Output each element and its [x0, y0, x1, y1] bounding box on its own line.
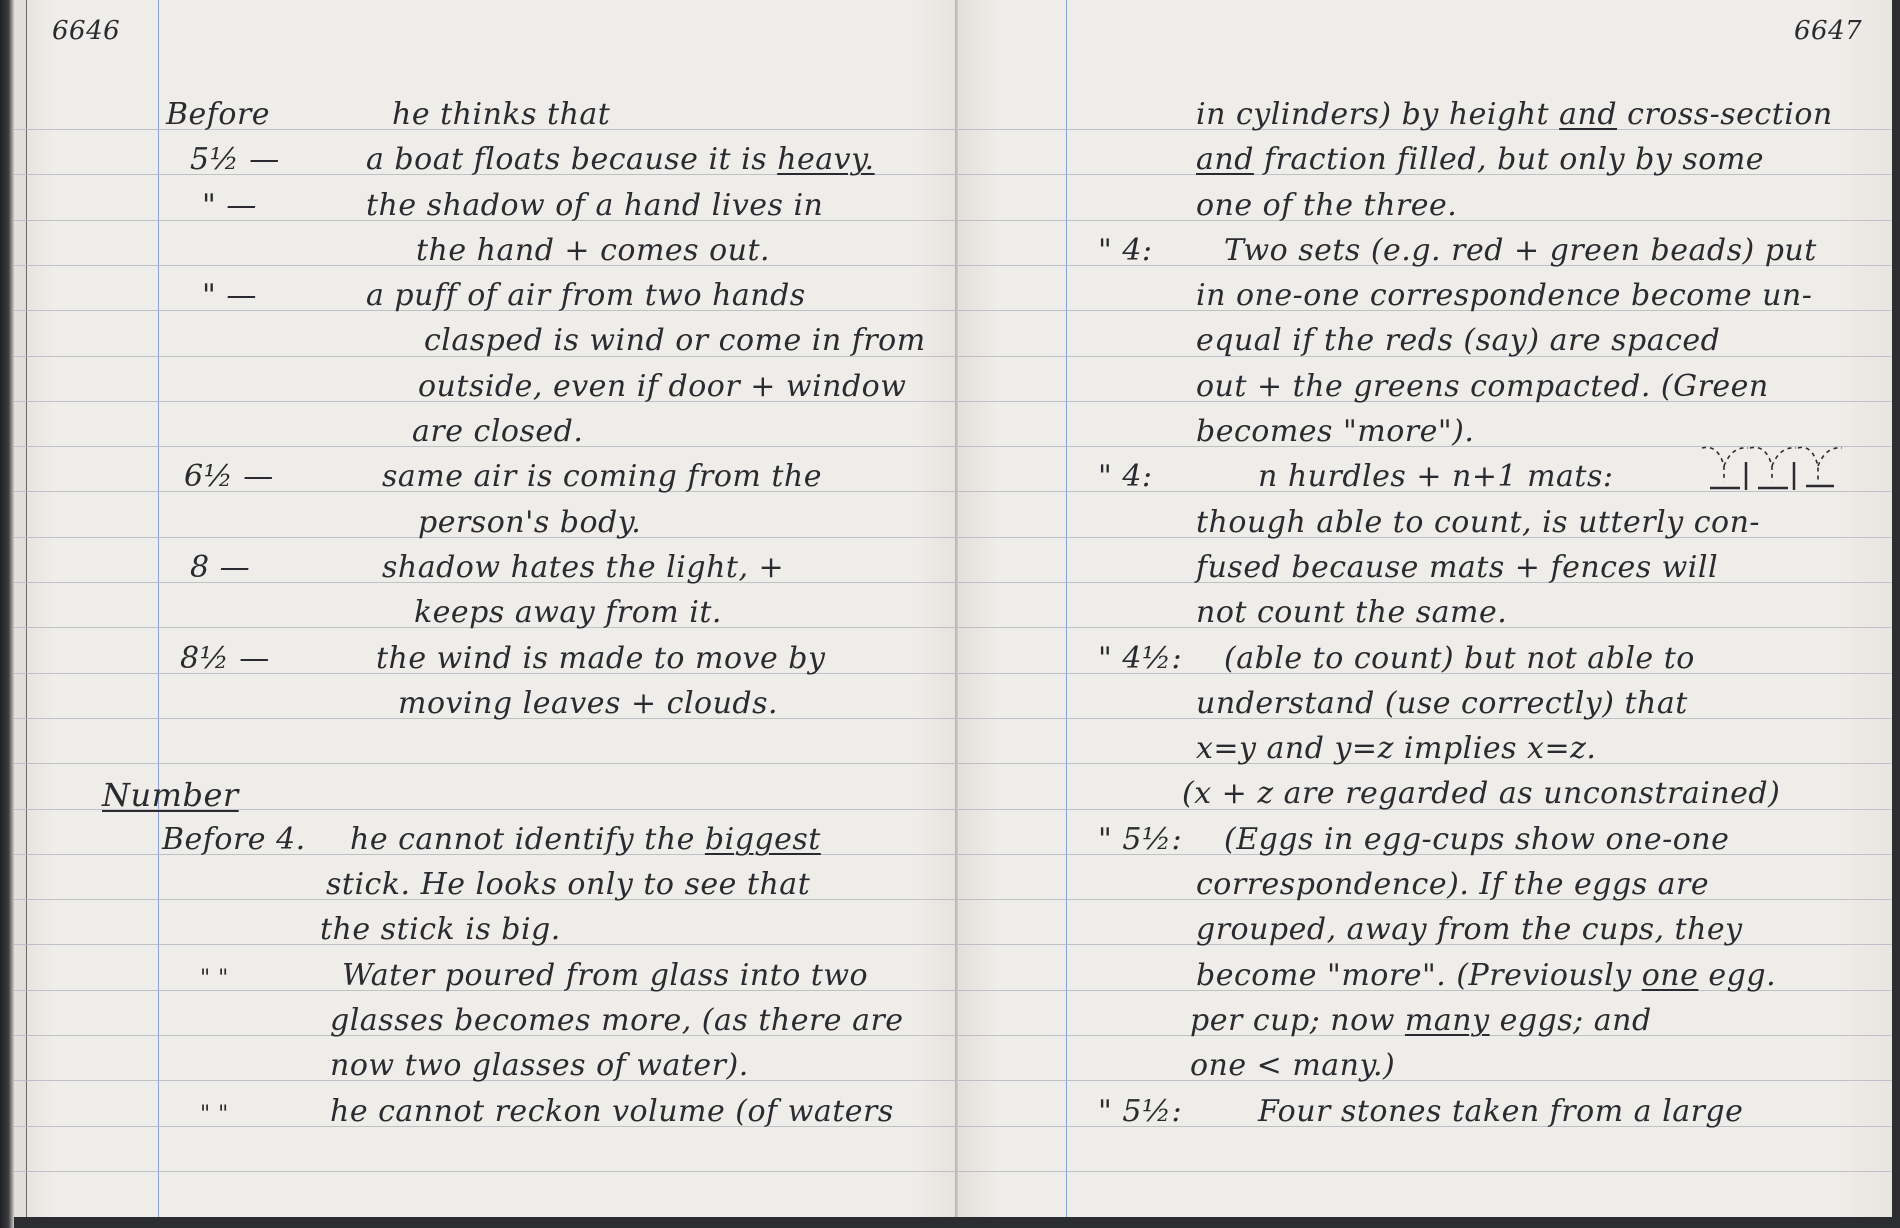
line-text: not count the same.: [1196, 598, 1507, 628]
line-text: (able to count) but not able to: [1224, 644, 1695, 674]
line-text: the stick is big.: [320, 915, 561, 945]
line-text: equal if the reds (say) are spaced: [1196, 326, 1720, 356]
line-text: and fraction filled, but only by some: [1196, 145, 1764, 175]
age-label: 8 —: [190, 553, 250, 583]
page-number: 6647: [1794, 18, 1862, 44]
ditto-label: " —: [202, 281, 257, 311]
age-label: " 5½:: [1098, 825, 1182, 855]
line-text: n hurdles + n+1 mats:: [1258, 462, 1613, 492]
line-text: the shadow of a hand lives in: [366, 191, 823, 221]
age-label: " 4:: [1098, 236, 1153, 266]
line-text: understand (use correctly) that: [1196, 689, 1688, 719]
line-text: person's body.: [418, 508, 641, 538]
line-text: keeps away from it.: [414, 598, 722, 628]
line-text: fused because mats + fences will: [1196, 553, 1718, 583]
line-text: x=y and y=z implies x=z.: [1196, 734, 1596, 764]
age-label: " 4:: [1098, 462, 1153, 492]
age-label: 8½ —: [180, 644, 270, 674]
line-text: per cup; now many eggs; and: [1190, 1006, 1652, 1036]
line-text: the hand + comes out.: [416, 236, 770, 266]
age-label: 6½ —: [184, 462, 274, 492]
section-heading: Number: [102, 779, 239, 811]
line-text: in cylinders) by height and cross-sectio…: [1196, 100, 1833, 130]
ruled-line: [958, 1080, 1892, 1081]
line-text: (Eggs in egg-cups show one-one: [1224, 825, 1729, 855]
line-text: grouped, away from the cups, they: [1196, 915, 1743, 945]
line-label: Before 4.: [162, 825, 306, 855]
line-text: a puff of air from two hands: [366, 281, 806, 311]
line-text: Two sets (e.g. red + green beads) put: [1224, 236, 1817, 266]
line-text: the wind is made to move by: [376, 644, 825, 674]
line-text: clasped is wind or come in from: [424, 326, 926, 356]
line-text: Four stones taken from a large: [1258, 1097, 1743, 1127]
line-text: shadow hates the light, +: [382, 553, 784, 583]
left-page: 6646 Before he thinks that 5½ — a boat f…: [14, 0, 958, 1217]
page-number: 6646: [52, 18, 120, 44]
right-page: 6647 in cylinders) by height and cross-s…: [958, 0, 1892, 1217]
ruled-line: [14, 763, 958, 764]
line-text: in one-one correspondence become un-: [1196, 281, 1812, 311]
line-text: though able to count, is utterly con-: [1196, 508, 1760, 538]
ruled-line: [14, 1171, 958, 1172]
line-text: outside, even if door + window: [418, 372, 906, 402]
line-text: he thinks that: [392, 100, 610, 130]
ruled-line: [958, 1171, 1892, 1172]
line-text: (x + z are regarded as unconstrained): [1182, 779, 1780, 809]
line-text: stick. He looks only to see that: [326, 870, 810, 900]
line-text: correspondence). If the eggs are: [1196, 870, 1709, 900]
age-label: " 5½:: [1098, 1097, 1182, 1127]
line-text: become "more". (Previously one egg.: [1196, 961, 1776, 991]
age-label: " 4½:: [1098, 644, 1182, 674]
line-text: a boat floats because it is heavy.: [366, 145, 875, 175]
line-text: are closed.: [412, 417, 583, 447]
line-text: one of the three.: [1196, 191, 1457, 221]
line-text: now two glasses of water).: [330, 1051, 749, 1081]
age-label: 5½ —: [190, 145, 280, 175]
line-text: Water poured from glass into two: [342, 961, 868, 991]
ditto-label: " ": [200, 1104, 229, 1126]
line-text: becomes "more").: [1196, 417, 1474, 447]
ditto-label: " ": [200, 968, 229, 990]
line-text: one < many.): [1190, 1051, 1395, 1081]
hurdles-mats-diagram: [1688, 436, 1848, 496]
line-text: he cannot reckon volume (of waters: [330, 1097, 894, 1127]
line-text: same air is coming from the: [382, 462, 822, 492]
ditto-label: " —: [202, 191, 257, 221]
line-text: out + the greens compacted. (Green: [1196, 372, 1769, 402]
line-text: he cannot identify the biggest: [350, 825, 821, 855]
line-label: Before: [166, 100, 270, 130]
line-text: glasses becomes more, (as there are: [330, 1006, 904, 1036]
notebook-binding: [0, 0, 14, 1228]
line-text: moving leaves + clouds.: [398, 689, 778, 719]
